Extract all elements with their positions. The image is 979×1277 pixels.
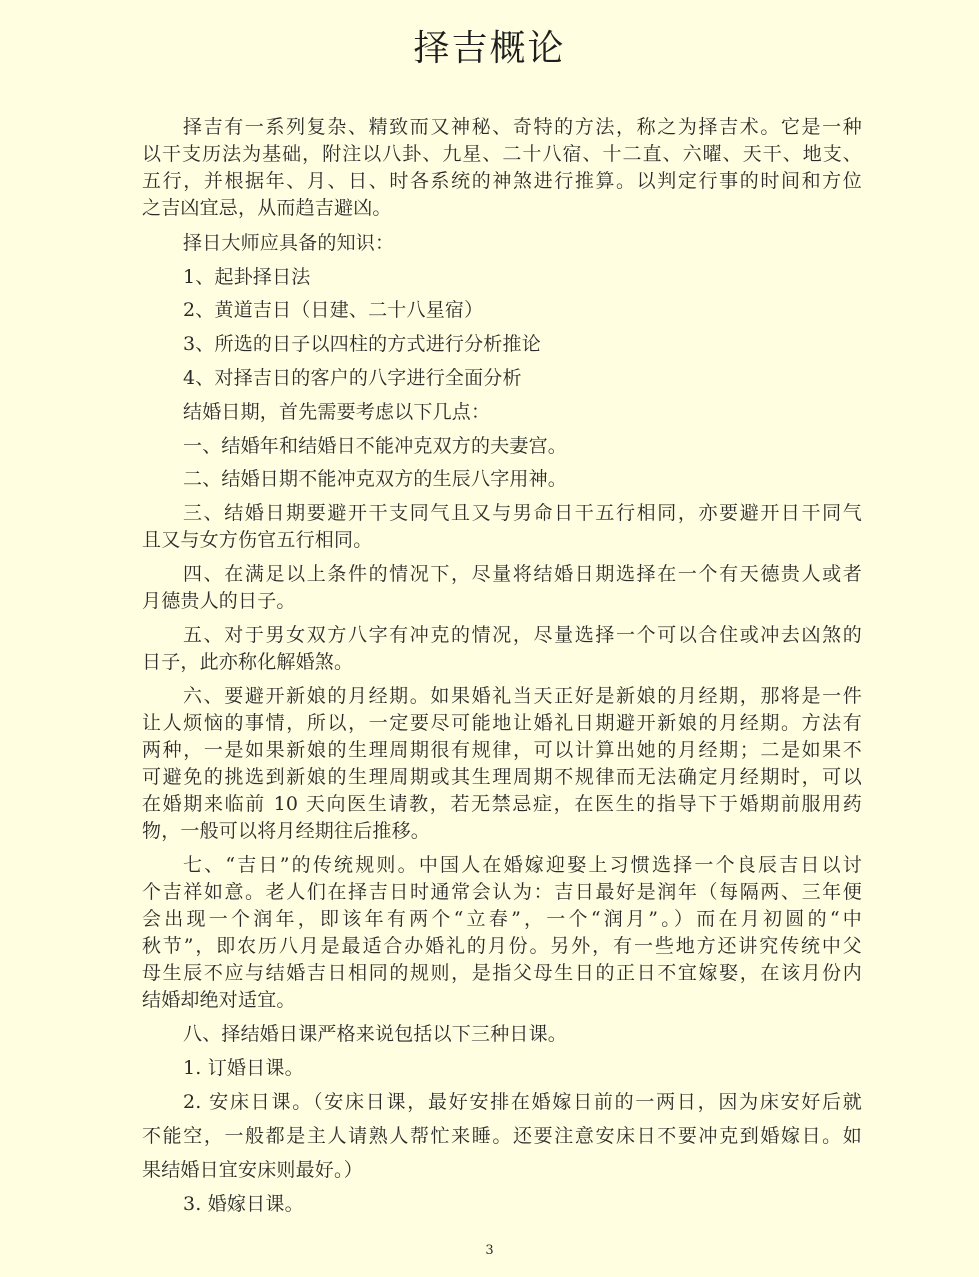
point-6-line-4: 可避免的挑选到新娘的生理周期或其生理周期不规律而无法确定月经期时，可以 [142,764,862,790]
knowledge-item-3: 3、所选的日子以四柱的方式进行分析推论 [183,331,862,357]
paragraph-intro-line-3: 五行，并根据年、月、日、时各系统的神煞进行推算。以判定行事的时间和方位 [142,168,862,194]
paragraph-intro-line-1: 择吉有一系列复杂、精致而又神秘、奇特的方法，称之为择吉术。它是一种 [183,114,862,140]
course-3: 3. 婚嫁日课。 [183,1191,862,1217]
point-4-line-2: 月德贵人的日子。 [142,588,862,614]
page-number: 3 [0,1243,979,1259]
course-2-line-3: 果结婚日宜安床则最好。） [142,1157,862,1183]
point-1: 一、结婚年和结婚日不能冲克双方的夫妻宫。 [183,433,862,459]
course-2-line-1: 2. 安床日课。（安床日课，最好安排在婚嫁日前的一两日，因为床安好后就 [183,1089,862,1115]
point-5-line-1: 五、对于男女双方八字有冲克的情况，尽量选择一个可以合住或冲去凶煞的 [183,622,862,648]
paragraph-intro-line-4: 之吉凶宜忌，从而趋吉避凶。 [142,195,862,221]
point-7-line-4: 秋节”，即农历八月是最适合办婚礼的月份。另外，有一些地方还讲究传统中父 [142,933,862,959]
point-5-line-2: 日子，此亦称化解婚煞。 [142,649,862,675]
knowledge-item-4: 4、对择吉日的客户的八字进行全面分析 [183,365,862,391]
point-7-line-5: 母生辰不应与结婚吉日相同的规则，是指父母生日的正日不宜嫁娶，在该月份内 [142,960,862,986]
point-7-line-6: 结婚却绝对适宜。 [142,987,862,1013]
point-3-line-2: 且又与女方伤官五行相同。 [142,527,862,553]
point-7-line-3: 会出现一个润年，即该年有两个“立春”，一个“润月”。）而在月初圆的“中 [142,906,862,932]
wedding-heading: 结婚日期，首先需要考虑以下几点： [183,399,862,425]
course-1: 1. 订婚日课。 [183,1055,862,1081]
course-2-line-2: 不能空，一般都是主人请熟人帮忙来睡。还要注意安床日不要冲克到婚嫁日。如 [142,1123,862,1149]
point-8: 八、择结婚日课严格来说包括以下三种日课。 [183,1021,862,1047]
point-6-line-1: 六、要避开新娘的月经期。如果婚礼当天正好是新娘的月经期，那将是一件 [183,683,862,709]
point-4-line-1: 四、在满足以上条件的情况下，尽量将结婚日期选择在一个有天德贵人或者 [183,561,862,587]
point-6-line-2: 让人烦恼的事情，所以，一定要尽可能地让婚礼日期避开新娘的月经期。方法有 [142,710,862,736]
knowledge-item-2: 2、黄道吉日（日建、二十八星宿） [183,297,862,323]
paragraph-intro-line-2: 以干支历法为基础，附注以八卦、九星、二十八宿、十二直、六曜、天干、地支、 [142,141,862,167]
knowledge-item-1: 1、起卦择日法 [183,264,862,290]
point-2: 二、结婚日期不能冲克双方的生辰八字用神。 [183,466,862,492]
point-6-line-5: 在婚期来临前 10 天向医生请教，若无禁忌症，在医生的指导下于婚期前服用药 [142,791,862,817]
point-7-line-1: 七、“吉日”的传统规则。中国人在婚嫁迎娶上习惯选择一个良辰吉日以讨 [183,852,862,878]
point-3-line-1: 三、结婚日期要避开干支同气且又与男命日干五行相同，亦要避开日干同气 [183,500,862,526]
knowledge-heading: 择日大师应具备的知识： [183,230,862,256]
point-6-line-6: 物，一般可以将月经期往后推移。 [142,818,862,844]
point-6-line-3: 两种，一是如果新娘的生理周期很有规律，可以计算出她的月经期；二是如果不 [142,737,862,763]
point-7-line-2: 个吉祥如意。老人们在择吉日时通常会认为：吉日最好是润年（每隔两、三年便 [142,879,862,905]
page-title: 择吉概论 [0,24,979,74]
